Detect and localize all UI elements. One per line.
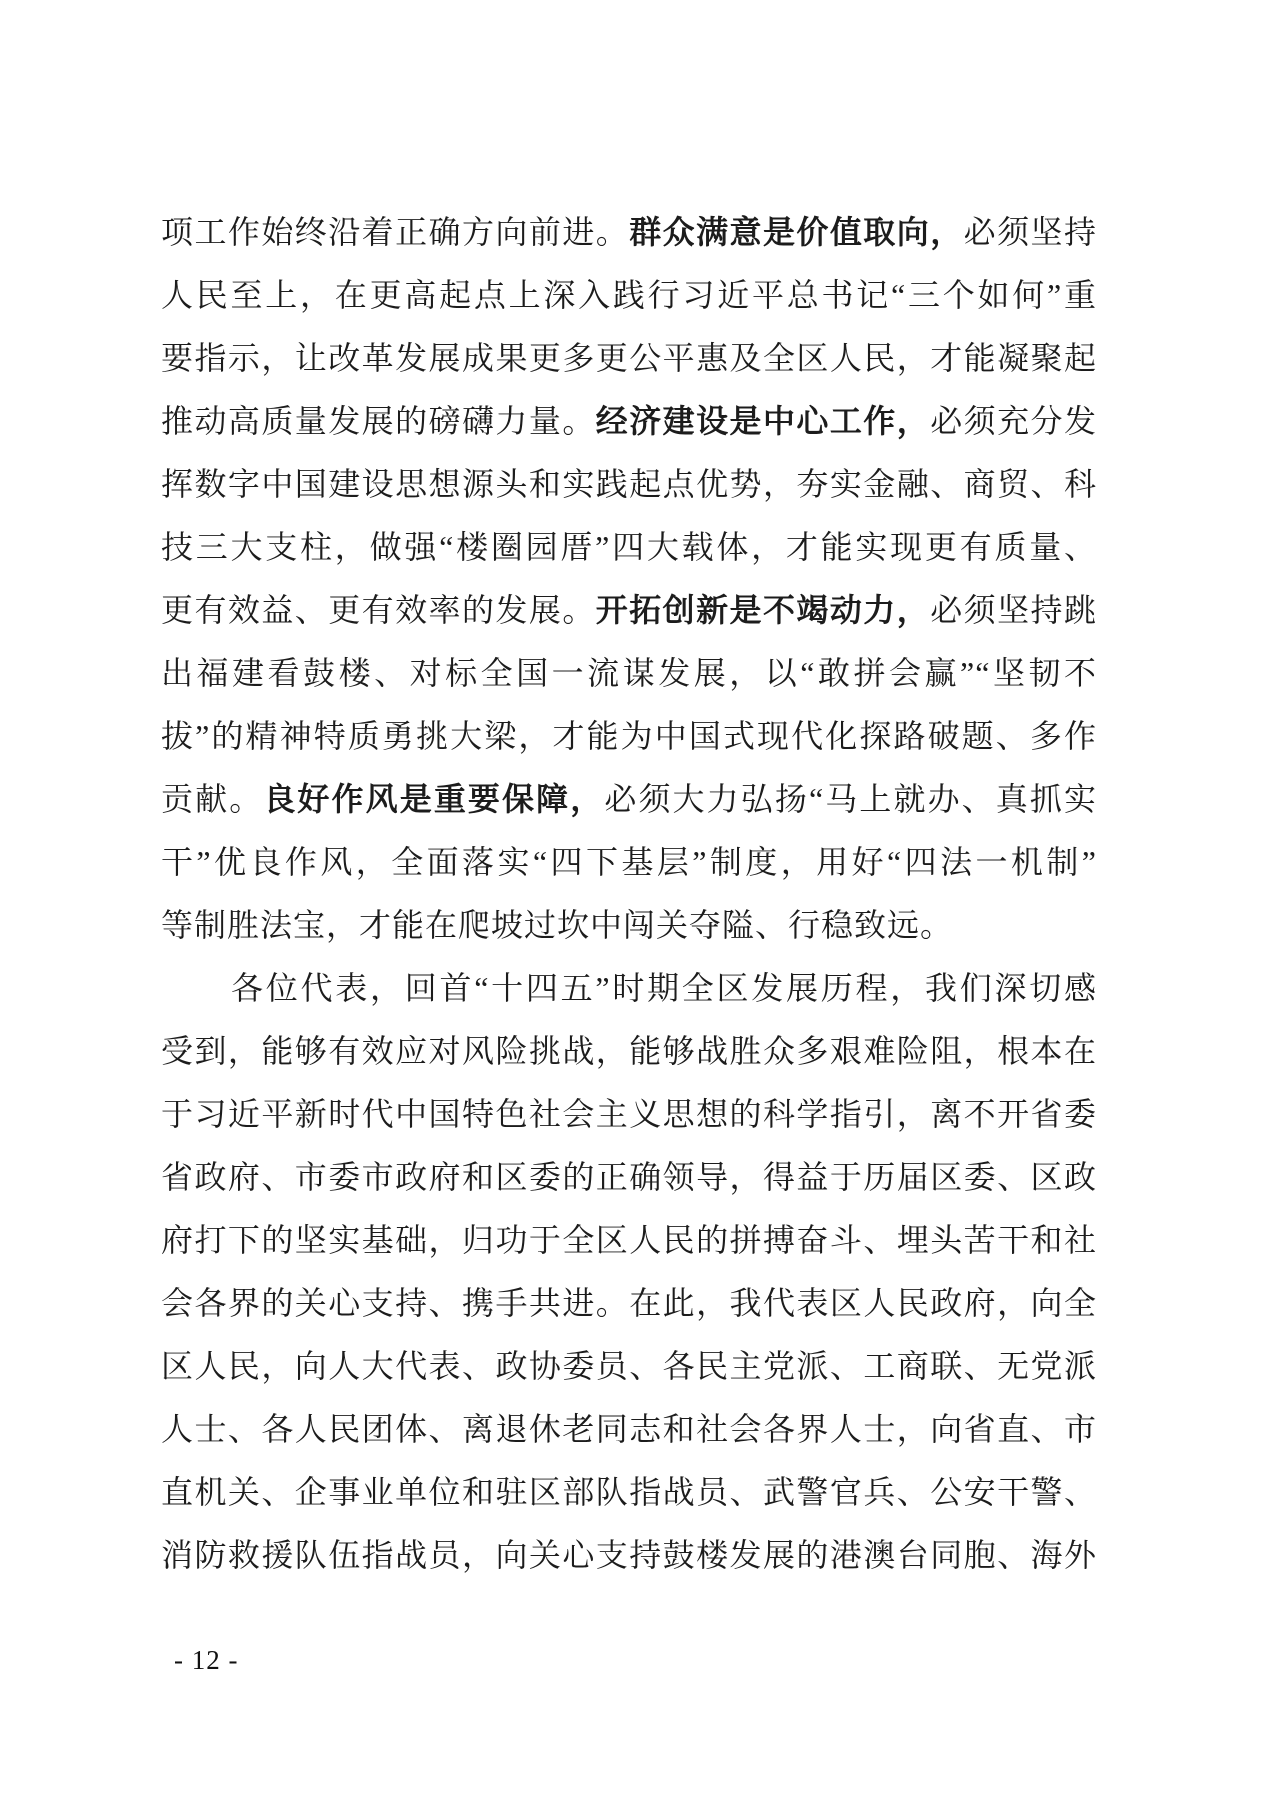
paragraph-review: 各位代表，回首“十四五”时期全区发展历程，我们深切感受到，能够有效应对风险挑战，…	[161, 957, 1097, 1587]
body-text-segment: 必须充分发	[930, 403, 1097, 439]
text-line: 项工作始终沿着正确方向前进。群众满意是价值取向，必须坚持	[161, 201, 1097, 264]
text-line: 等制胜法宝，才能在爬坡过坎中闯关夺隘、行稳致远。	[161, 894, 1097, 957]
document-body: 项工作始终沿着正确方向前进。群众满意是价值取向，必须坚持人民至上，在更高起点上深…	[161, 201, 1097, 1587]
text-line: 干”优良作风，全面落实“四下基层”制度，用好“四法一机制”	[161, 831, 1097, 894]
text-line: 会各界的关心支持、携手共进。在此，我代表区人民政府，向全	[161, 1272, 1097, 1335]
body-text-segment: 消防救援队伍指战员，向关心支持鼓楼发展的港澳台同胞、海外	[161, 1537, 1097, 1573]
bold-emphasis: 经济建设是中心工作，	[596, 403, 930, 439]
body-text-segment: 必须大力弘扬“马上就办、真抓实	[604, 781, 1097, 817]
text-line: 消防救援队伍指战员，向关心支持鼓楼发展的港澳台同胞、海外	[161, 1524, 1097, 1587]
text-line: 更有效益、更有效率的发展。开拓创新是不竭动力，必须坚持跳	[161, 579, 1097, 642]
text-line: 推动高质量发展的磅礴力量。经济建设是中心工作，必须充分发	[161, 390, 1097, 453]
text-line: 要指示，让改革发展成果更多更公平惠及全区人民，才能凝聚起	[161, 327, 1097, 390]
text-line: 受到，能够有效应对风险挑战，能够战胜众多艰难险阻，根本在	[161, 1020, 1097, 1083]
body-text-segment: 各位代表，回首“十四五”时期全区发展历程，我们深切感	[231, 970, 1097, 1006]
body-text-segment: 直机关、企事业单位和驻区部队指战员、武警官兵、公安干警、	[161, 1474, 1097, 1510]
document-page: 项工作始终沿着正确方向前进。群众满意是价值取向，必须坚持人民至上，在更高起点上深…	[0, 0, 1280, 1795]
text-line: 各位代表，回首“十四五”时期全区发展历程，我们深切感	[161, 957, 1097, 1020]
body-text-segment: 贡献。	[161, 781, 263, 817]
body-text-segment: 必须坚持	[964, 214, 1097, 250]
body-text-segment: 等制胜法宝，才能在爬坡过坎中闯关夺隘、行稳致远。	[161, 907, 953, 943]
body-text-segment: 区人民，向人大代表、政协委员、各民主党派、工商联、无党派	[161, 1348, 1097, 1384]
text-line: 拔”的精神特质勇挑大梁，才能为中国式现代化探路破题、多作	[161, 705, 1097, 768]
bold-emphasis: 良好作风是重要保障，	[263, 781, 604, 817]
page-number: - 12 -	[174, 1645, 238, 1676]
body-text-segment: 会各界的关心支持、携手共进。在此，我代表区人民政府，向全	[161, 1285, 1097, 1321]
text-line: 出福建看鼓楼、对标全国一流谋发展，以“敢拼会赢”“坚韧不	[161, 642, 1097, 705]
text-line: 技三大支柱，做强“楼圈园厝”四大载体，才能实现更有质量、	[161, 516, 1097, 579]
body-text-segment: 必须坚持跳	[930, 592, 1097, 628]
body-text-segment: 人民至上，在更高起点上深入践行习近平总书记“三个如何”重	[161, 277, 1097, 313]
body-text-segment: 府打下的坚实基础，归功于全区人民的拼搏奋斗、埋头苦干和社	[161, 1222, 1097, 1258]
body-text-segment: 拔”的精神特质勇挑大梁，才能为中国式现代化探路破题、多作	[161, 718, 1097, 754]
text-line: 于习近平新时代中国特色社会主义思想的科学指引，离不开省委	[161, 1083, 1097, 1146]
body-text-segment: 项工作始终沿着正确方向前进。	[161, 214, 629, 250]
text-line: 贡献。良好作风是重要保障，必须大力弘扬“马上就办、真抓实	[161, 768, 1097, 831]
body-text-segment: 出福建看鼓楼、对标全国一流谋发展，以“敢拼会赢”“坚韧不	[161, 655, 1097, 691]
body-text-segment: 干”优良作风，全面落实“四下基层”制度，用好“四法一机制”	[161, 844, 1097, 880]
body-text-segment: 于习近平新时代中国特色社会主义思想的科学指引，离不开省委	[161, 1096, 1097, 1132]
text-line: 区人民，向人大代表、政协委员、各民主党派、工商联、无党派	[161, 1335, 1097, 1398]
bold-emphasis: 开拓创新是不竭动力，	[596, 592, 930, 628]
body-text-segment: 技三大支柱，做强“楼圈园厝”四大载体，才能实现更有质量、	[161, 529, 1097, 565]
body-text-segment: 省政府、市委市政府和区委的正确领导，得益于历届区委、区政	[161, 1159, 1097, 1195]
body-text-segment: 更有效益、更有效率的发展。	[161, 592, 596, 628]
text-line: 人士、各人民团体、离退休老同志和社会各界人士，向省直、市	[161, 1398, 1097, 1461]
paragraph-continued: 项工作始终沿着正确方向前进。群众满意是价值取向，必须坚持人民至上，在更高起点上深…	[161, 201, 1097, 957]
bold-emphasis: 群众满意是价值取向，	[629, 214, 963, 250]
body-text-segment: 挥数字中国建设思想源头和实践起点优势，夯实金融、商贸、科	[161, 466, 1097, 502]
body-text-segment: 要指示，让改革发展成果更多更公平惠及全区人民，才能凝聚起	[161, 340, 1097, 376]
body-text-segment: 受到，能够有效应对风险挑战，能够战胜众多艰难险阻，根本在	[161, 1033, 1097, 1069]
text-line: 人民至上，在更高起点上深入践行习近平总书记“三个如何”重	[161, 264, 1097, 327]
text-line: 挥数字中国建设思想源头和实践起点优势，夯实金融、商贸、科	[161, 453, 1097, 516]
text-line: 省政府、市委市政府和区委的正确领导，得益于历届区委、区政	[161, 1146, 1097, 1209]
body-text-segment: 人士、各人民团体、离退休老同志和社会各界人士，向省直、市	[161, 1411, 1097, 1447]
text-line: 直机关、企事业单位和驻区部队指战员、武警官兵、公安干警、	[161, 1461, 1097, 1524]
text-line: 府打下的坚实基础，归功于全区人民的拼搏奋斗、埋头苦干和社	[161, 1209, 1097, 1272]
body-text-segment: 推动高质量发展的磅礴力量。	[161, 403, 596, 439]
